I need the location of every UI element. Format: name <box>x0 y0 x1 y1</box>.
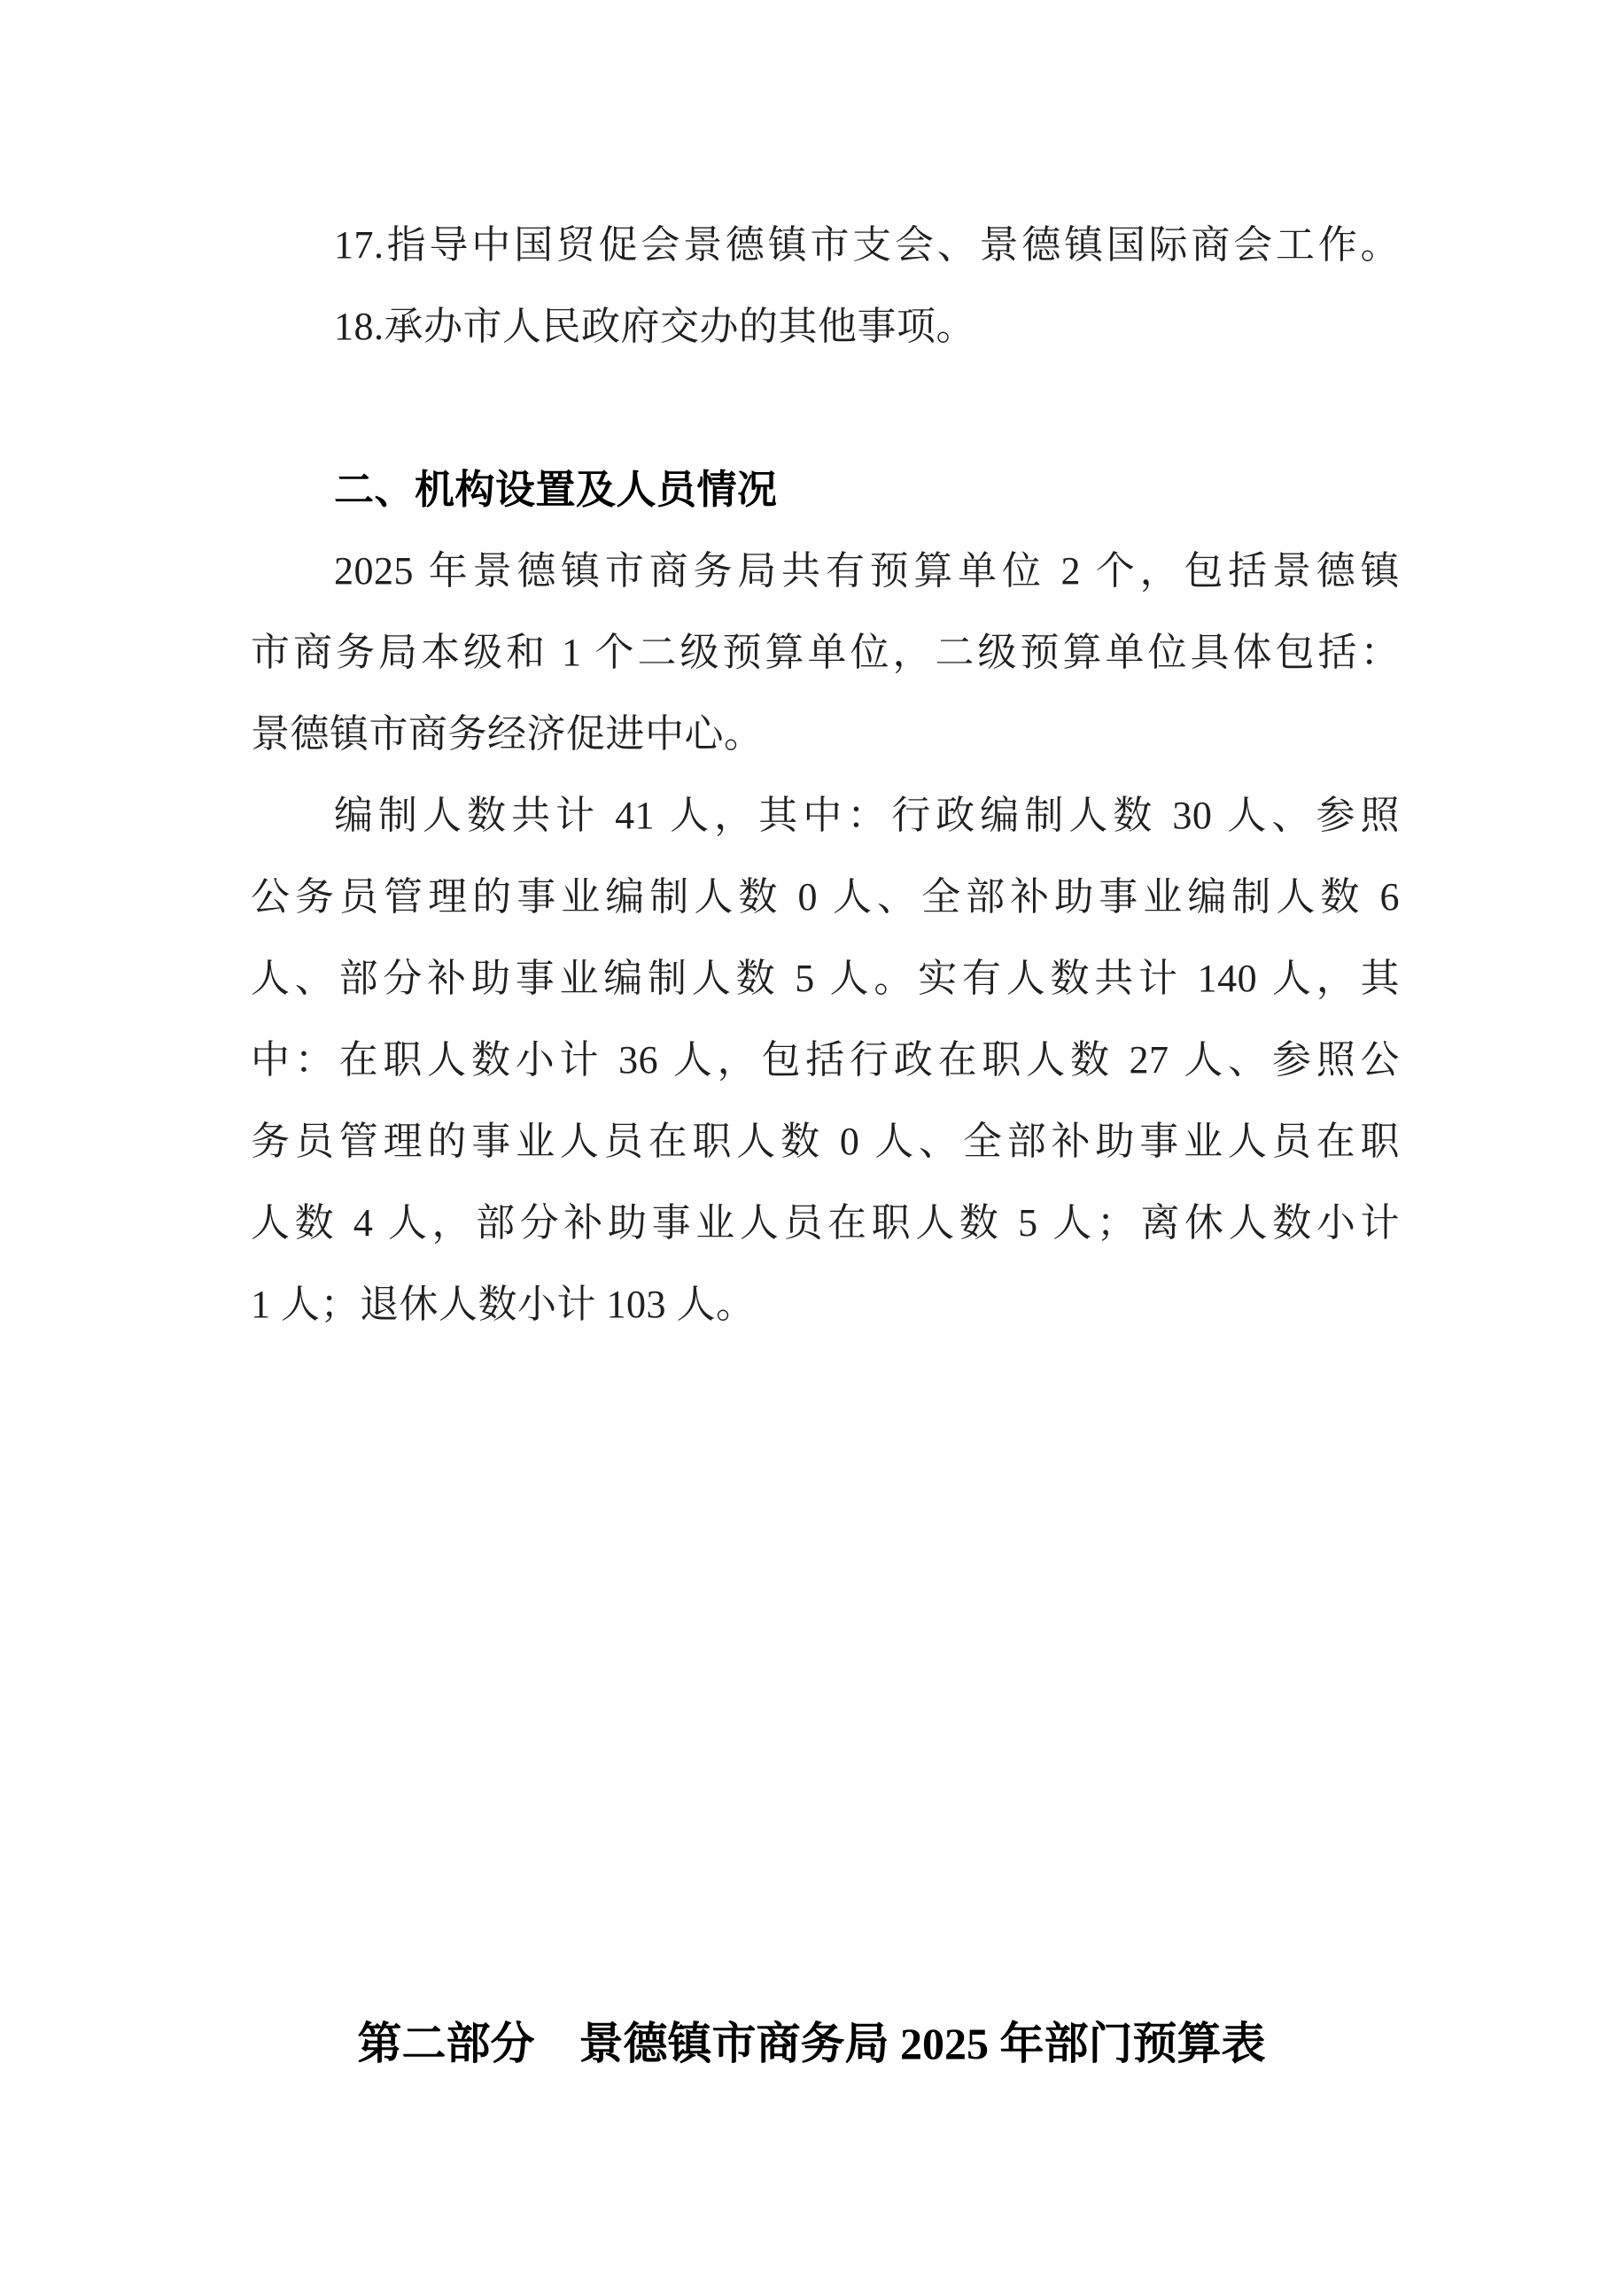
paragraph-line: 人、部分补助事业编制人数 5 人。实有人数共计 140 人，其 <box>251 938 1400 1020</box>
document-page: 17.指导中国贸促会景德镇市支会、景德镇国际商会工作。 18.承办市人民政府交办… <box>0 0 1623 2296</box>
paragraph-line: 1 人；退休人数小计 103 人。 <box>251 1264 1400 1346</box>
blank-line <box>251 368 1400 449</box>
document-body: 17.指导中国贸促会景德镇市支会、景德镇国际商会工作。 18.承办市人民政府交办… <box>251 205 1400 1346</box>
paragraph-line: 2025 年景德镇市商务局共有预算单位 2 个，包括景德镇 <box>251 531 1400 612</box>
list-item-17: 17.指导中国贸促会景德镇市支会、景德镇国际商会工作。 <box>251 205 1400 286</box>
list-item-18: 18.承办市人民政府交办的其他事项。 <box>251 286 1400 368</box>
paragraph-line: 公务员管理的事业编制人数 0 人、全部补助事业编制人数 6 <box>251 857 1400 938</box>
paragraph-line: 人数 4 人，部分补助事业人员在职人数 5 人；离休人数小计 <box>251 1183 1400 1264</box>
paragraph-line: 务员管理的事业人员在职人数 0 人、全部补助事业人员在职 <box>251 1101 1400 1183</box>
section-heading: 二、机构设置及人员情况 <box>251 449 1400 531</box>
part-two-heading: 第二部分 景德镇市商务局 2025 年部门预算表 <box>0 2003 1623 2084</box>
paragraph-line: 景德镇市商务经济促进中心。 <box>251 694 1400 775</box>
paragraph-line: 编制人数共计 41 人，其中：行政编制人数 30 人、参照 <box>251 775 1400 857</box>
paragraph-line: 市商务局本级和 1 个二级预算单位，二级预算单位具体包括： <box>251 612 1400 694</box>
paragraph-line: 中：在职人数小计 36 人，包括行政在职人数 27 人、参照公 <box>251 1020 1400 1101</box>
